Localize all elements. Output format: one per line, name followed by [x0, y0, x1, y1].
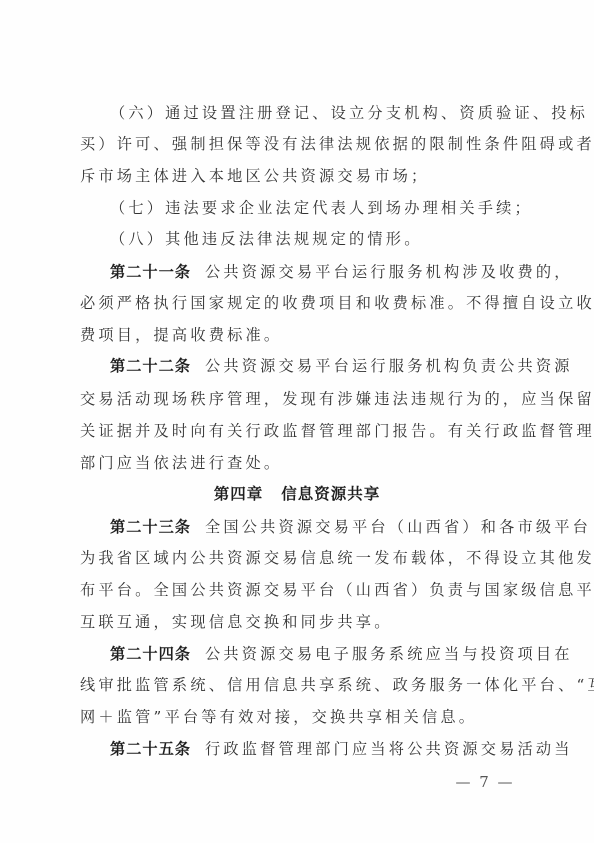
article-21-label: 第二十一条 [110, 263, 191, 281]
list-item-8: （八）其他违反法律法规规定的情形。 [110, 229, 516, 249]
list-item-6-line-1: （六）通过设置注册登记、设立分支机构、资质验证、投标（竞 [110, 103, 516, 123]
article-23-label: 第二十三条 [110, 518, 191, 536]
article-23-line-1: 第二十三条全国公共资源交易平台（山西省）和各市级平台 [110, 517, 516, 537]
article-22-text: 公共资源交易平台运行服务机构负责公共资源 [205, 357, 573, 375]
chapter-number: 第四章 [214, 485, 264, 503]
article-22-line-3: 关证据并及时向有关行政监督管理部门报告。有关行政监督管理 [80, 421, 516, 441]
article-22-line-2: 交易活动现场秩序管理，发现有涉嫌违法违规行为的，应当保留相 [80, 389, 516, 409]
article-21-line-3: 费项目，提高收费标准。 [80, 325, 516, 345]
list-item-6-line-2: 买）许可、强制担保等没有法律法规依据的限制性条件阻碍或者排 [80, 134, 516, 154]
article-22-line-4: 部门应当依法进行查处。 [80, 453, 516, 473]
list-item-7: （七）违法要求企业法定代表人到场办理相关手续； [110, 198, 516, 218]
article-23-line-3: 布平台。全国公共资源交易平台（山西省）负责与国家级信息平台 [80, 580, 516, 600]
chapter-heading: 第四章信息资源共享 [0, 484, 594, 504]
article-23-text: 全国公共资源交易平台（山西省）和各市级平台 [205, 518, 591, 536]
article-21-text: 公共资源交易平台运行服务机构涉及收费的， [205, 263, 573, 281]
article-22-line-1: 第二十二条公共资源交易平台运行服务机构负责公共资源 [110, 356, 516, 376]
article-23-line-2: 为我省区域内公共资源交易信息统一发布载体，不得设立其他发 [80, 548, 516, 568]
page-number: — 7 — [440, 772, 530, 792]
list-item-6-line-3: 斥市场主体进入本地区公共资源交易市场； [80, 166, 516, 186]
article-24-label: 第二十四条 [110, 645, 191, 663]
article-23-line-4: 互联互通，实现信息交换和同步共享。 [80, 612, 516, 632]
article-24-line-2: 线审批监管系统、信用信息共享系统、政务服务一体化平台、“互联 [80, 675, 516, 695]
article-21-line-2: 必须严格执行国家规定的收费项目和收费标准。不得擅自设立收 [80, 293, 516, 313]
article-22-label: 第二十二条 [110, 357, 191, 375]
article-24-line-1: 第二十四条公共资源交易电子服务系统应当与投资项目在 [110, 644, 516, 664]
article-24-line-3: 网＋监管”平台等有效对接，交换共享相关信息。 [80, 707, 516, 727]
article-24-text: 公共资源交易电子服务系统应当与投资项目在 [205, 645, 573, 663]
article-21-line-1: 第二十一条公共资源交易平台运行服务机构涉及收费的， [110, 262, 516, 282]
document-page: （六）通过设置注册登记、设立分支机构、资质验证、投标（竞 买）许可、强制担保等没… [0, 0, 594, 843]
chapter-title: 信息资源共享 [281, 485, 380, 503]
article-25-label: 第二十五条 [110, 740, 191, 758]
article-25-line-1: 第二十五条行政监督管理部门应当将公共资源交易活动当 [110, 739, 516, 759]
article-25-text: 行政监督管理部门应当将公共资源交易活动当 [205, 740, 573, 758]
